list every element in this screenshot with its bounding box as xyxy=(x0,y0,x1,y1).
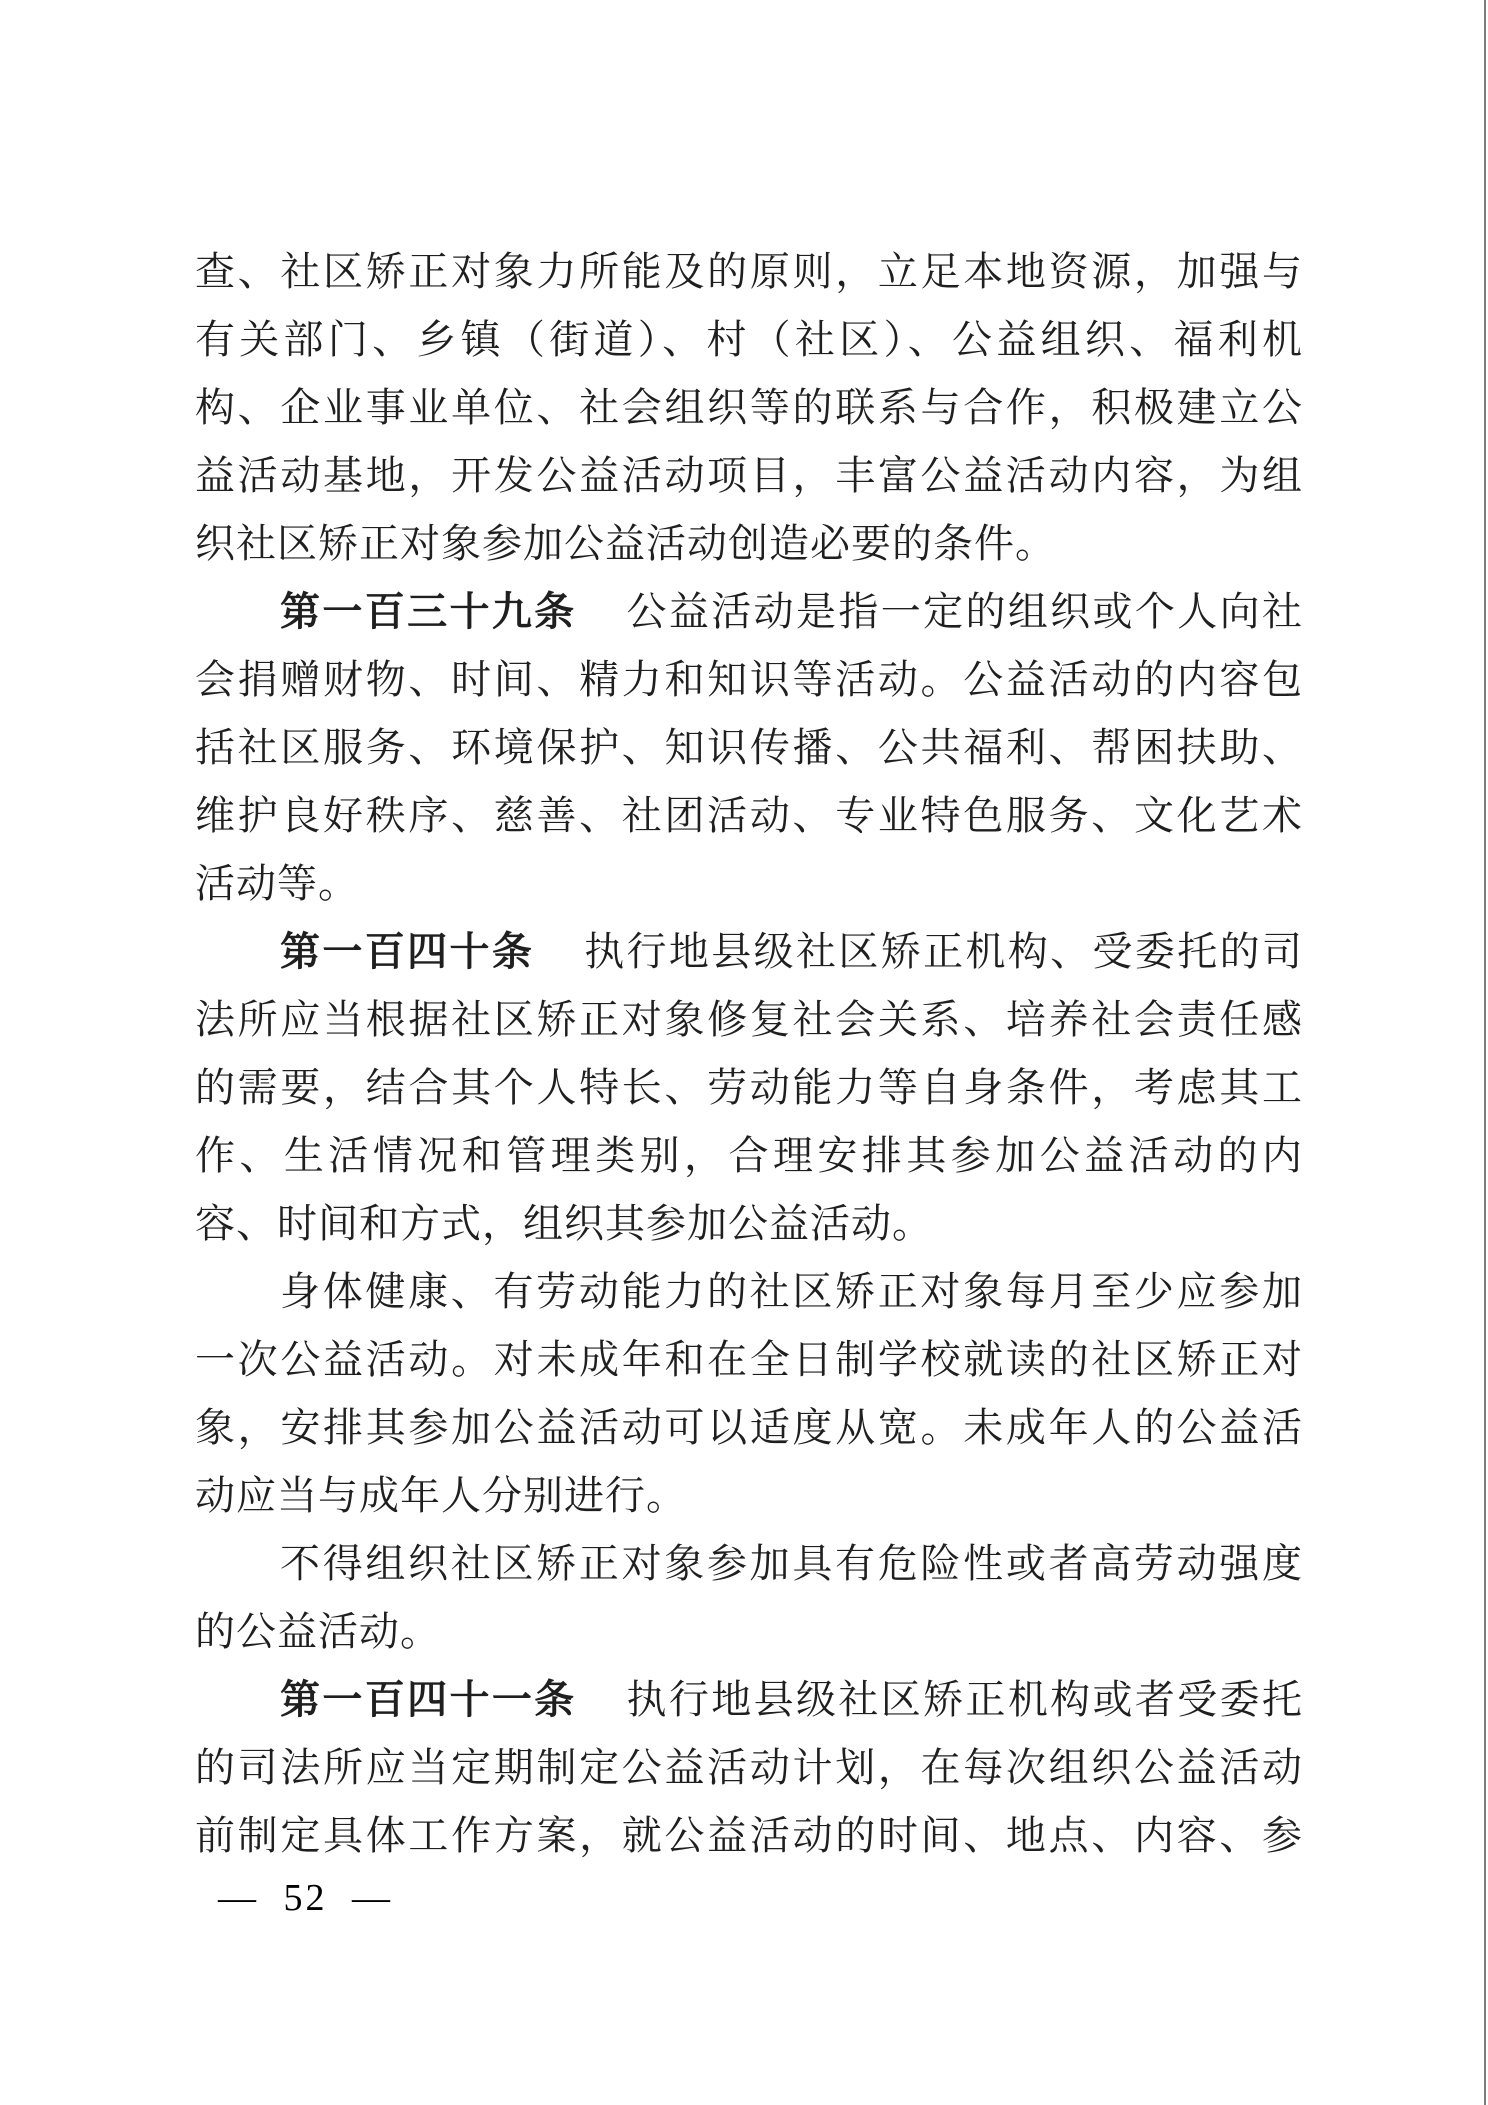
text-line: 益活动基地，开发公益活动项目，丰富公益活动内容，为组 xyxy=(195,442,1303,510)
text-segment: 象，安排其参加公益活动可以适度从宽。未成年人的公益活 xyxy=(195,1405,1303,1450)
text-segment: 执行地县级社区矫正机构、受委托的司 xyxy=(584,929,1303,974)
document-body: 查、社区矫正对象力所能及的原则，立足本地资源，加强与有关部门、乡镇（街道）、村（… xyxy=(195,238,1303,1870)
text-segment: 的需要，结合其个人特长、劳动能力等自身条件，考虑其工 xyxy=(195,1065,1303,1110)
text-segment: 法所应当根据社区矫正对象修复社会关系、培养社会责任感 xyxy=(195,997,1303,1042)
text-segment: 维护良好秩序、慈善、社团活动、专业特色服务、文化艺术 xyxy=(195,793,1303,838)
text-line: 不得组织社区矫正对象参加具有危险性或者高劳动强度 xyxy=(195,1530,1303,1598)
text-segment: 执行地县级社区矫正机构或者受委托 xyxy=(627,1677,1303,1722)
text-line: 括社区服务、环境保护、知识传播、公共福利、帮困扶助、 xyxy=(195,714,1303,782)
text-segment: 作、生活情况和管理类别，合理安排其参加公益活动的内 xyxy=(195,1133,1303,1178)
scan-edge-line xyxy=(1484,0,1486,2105)
text-line: 第一百四十一条执行地县级社区矫正机构或者受委托 xyxy=(195,1666,1303,1734)
text-segment: 容、时间和方式，组织其参加公益活动。 xyxy=(195,1201,933,1246)
text-line: 动应当与成年人分别进行。 xyxy=(195,1462,1303,1530)
text-line: 有关部门、乡镇（街道）、村（社区）、公益组织、福利机 xyxy=(195,306,1303,374)
article-number: 第一百四十一条 xyxy=(280,1678,577,1722)
text-line: 的公益活动。 xyxy=(195,1598,1303,1666)
text-line: 法所应当根据社区矫正对象修复社会关系、培养社会责任感 xyxy=(195,986,1303,1054)
text-segment: 动应当与成年人分别进行。 xyxy=(195,1473,687,1518)
text-line: 活动等。 xyxy=(195,850,1303,918)
text-segment: 的公益活动。 xyxy=(195,1609,441,1654)
text-segment: 会捐赠财物、时间、精力和知识等活动。公益活动的内容包 xyxy=(195,657,1303,702)
text-line: 织社区矫正对象参加公益活动创造必要的条件。 xyxy=(195,510,1303,578)
text-segment: 公益活动是指一定的组织或个人向社 xyxy=(627,589,1303,634)
text-segment: 前制定具体工作方案，就公益活动的时间、地点、内容、参 xyxy=(195,1813,1303,1858)
text-line: 的司法所应当定期制定公益活动计划，在每次组织公益活动 xyxy=(195,1734,1303,1802)
text-segment: 益活动基地，开发公益活动项目，丰富公益活动内容，为组 xyxy=(195,453,1303,498)
text-segment: 有关部门、乡镇（街道）、村（社区）、公益组织、福利机 xyxy=(195,317,1303,362)
text-line: 维护良好秩序、慈善、社团活动、专业特色服务、文化艺术 xyxy=(195,782,1303,850)
text-line: 第一百三十九条公益活动是指一定的组织或个人向社 xyxy=(195,578,1303,646)
text-line: 容、时间和方式，组织其参加公益活动。 xyxy=(195,1190,1303,1258)
text-segment: 一次公益活动。对未成年和在全日制学校就读的社区矫正对 xyxy=(195,1337,1303,1382)
text-line: 会捐赠财物、时间、精力和知识等活动。公益活动的内容包 xyxy=(195,646,1303,714)
text-segment: 的司法所应当定期制定公益活动计划，在每次组织公益活动 xyxy=(195,1745,1303,1790)
text-line: 一次公益活动。对未成年和在全日制学校就读的社区矫正对 xyxy=(195,1326,1303,1394)
document-page: 查、社区矫正对象力所能及的原则，立足本地资源，加强与有关部门、乡镇（街道）、村（… xyxy=(0,0,1488,2105)
text-line: 构、企业事业单位、社会组织等的联系与合作，积极建立公 xyxy=(195,374,1303,442)
text-line: 前制定具体工作方案，就公益活动的时间、地点、内容、参 xyxy=(195,1802,1303,1870)
text-line: 象，安排其参加公益活动可以适度从宽。未成年人的公益活 xyxy=(195,1394,1303,1462)
text-segment: 查、社区矫正对象力所能及的原则，立足本地资源，加强与 xyxy=(195,249,1303,294)
article-number: 第一百三十九条 xyxy=(280,590,577,634)
text-line: 身体健康、有劳动能力的社区矫正对象每月至少应参加 xyxy=(195,1258,1303,1326)
text-segment: 构、企业事业单位、社会组织等的联系与合作，积极建立公 xyxy=(195,385,1303,430)
text-segment: 活动等。 xyxy=(195,861,359,906)
text-segment: 括社区服务、环境保护、知识传播、公共福利、帮困扶助、 xyxy=(195,725,1303,770)
text-line: 查、社区矫正对象力所能及的原则，立足本地资源，加强与 xyxy=(195,238,1303,306)
article-number: 第一百四十条 xyxy=(280,930,534,974)
page-number: — 52 — xyxy=(218,1874,393,1922)
text-segment: 织社区矫正对象参加公益活动创造必要的条件。 xyxy=(195,521,1056,566)
text-line: 作、生活情况和管理类别，合理安排其参加公益活动的内 xyxy=(195,1122,1303,1190)
text-segment: 不得组织社区矫正对象参加具有危险性或者高劳动强度 xyxy=(280,1541,1303,1586)
text-line: 第一百四十条执行地县级社区矫正机构、受委托的司 xyxy=(195,918,1303,986)
text-line: 的需要，结合其个人特长、劳动能力等自身条件，考虑其工 xyxy=(195,1054,1303,1122)
text-segment: 身体健康、有劳动能力的社区矫正对象每月至少应参加 xyxy=(280,1269,1303,1314)
